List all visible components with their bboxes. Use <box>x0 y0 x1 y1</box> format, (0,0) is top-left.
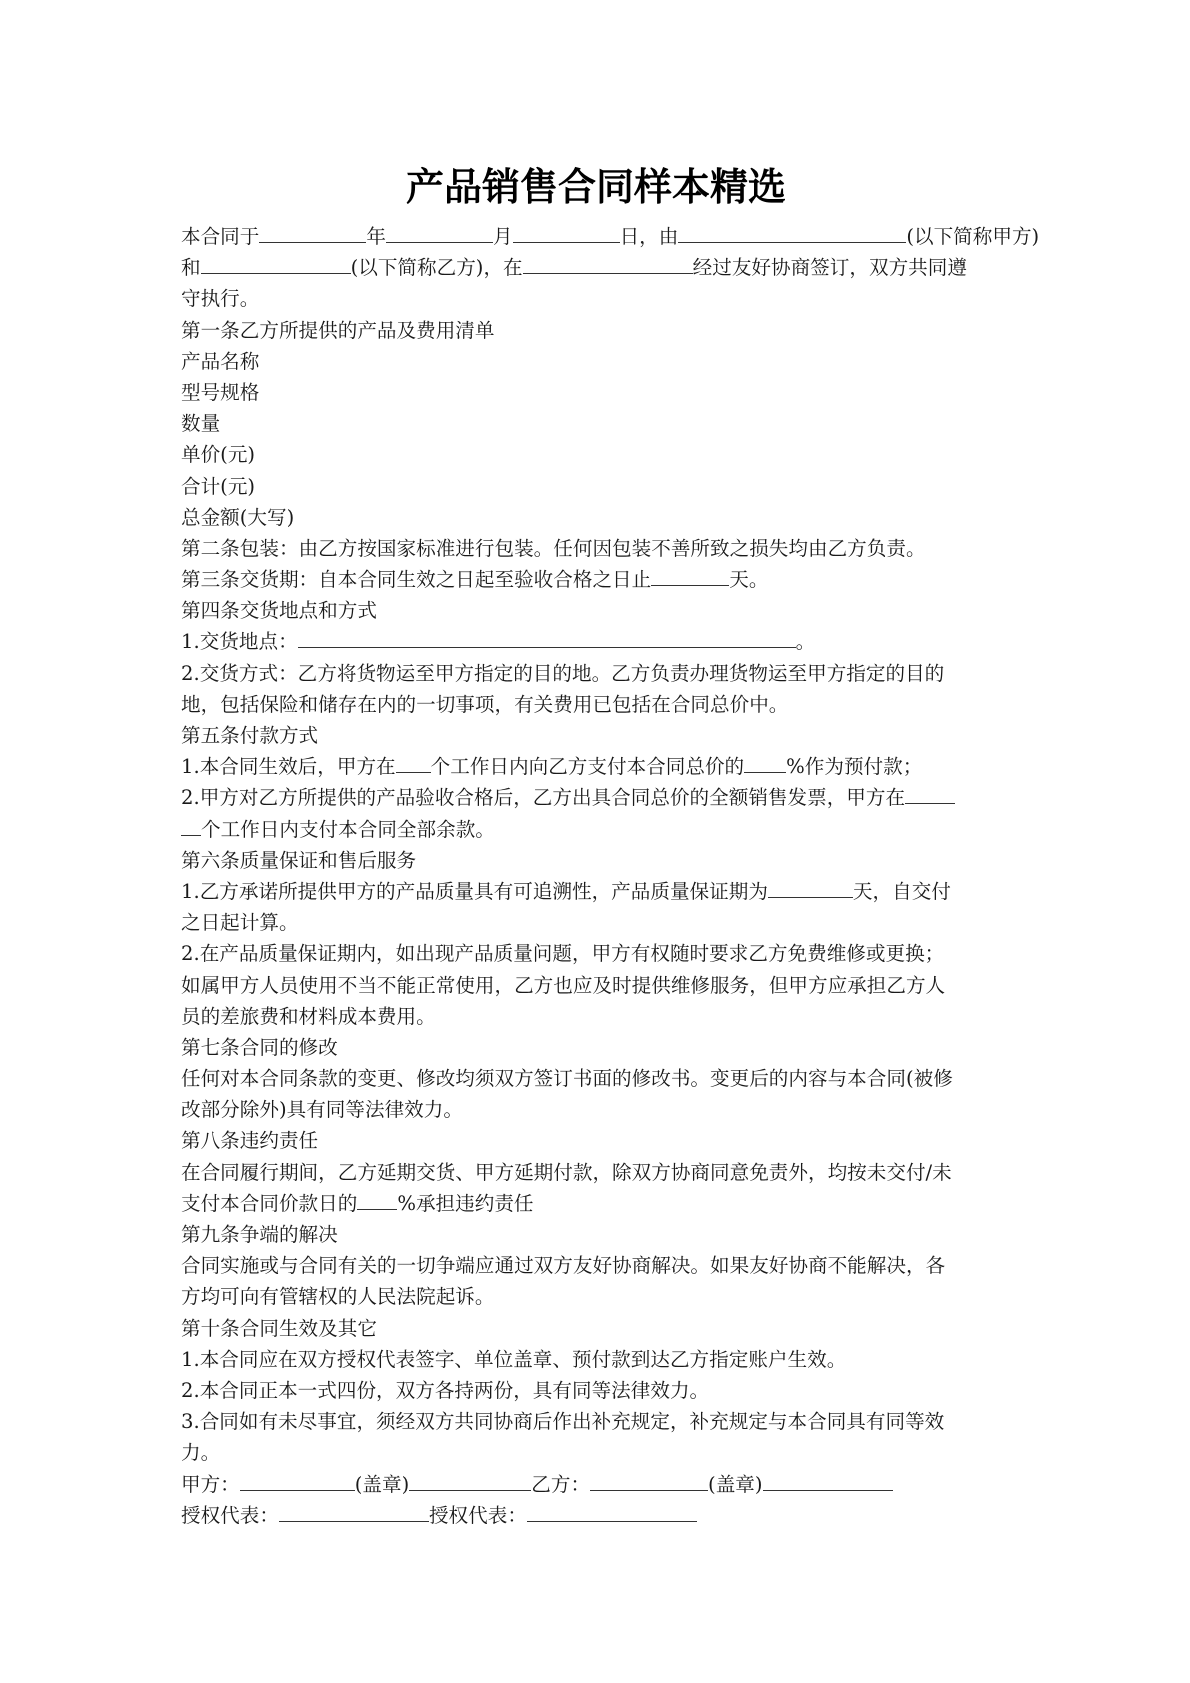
text-segment: 第四条交货地点和方式 <box>181 599 377 622</box>
text-line: 产品名称 <box>181 346 1011 377</box>
text-segment: 授权代表： <box>429 1504 527 1527</box>
text-segment: (盖章) <box>708 1473 762 1496</box>
text-segment: 第六条质量保证和售后服务 <box>181 849 416 872</box>
fill-in-blank <box>590 1472 708 1491</box>
text-line: 2.在产品质量保证期内，如出现产品质量问题，甲方有权随时要求乙方免费维修或更换； <box>181 938 1011 969</box>
fill-in-blank <box>678 224 906 243</box>
text-segment: 第十条合同生效及其它 <box>181 1317 377 1340</box>
text-segment: 1.乙方承诺所提供甲方的产品质量具有可追溯性，产品质量保证期为 <box>181 880 768 903</box>
fill-in-blank <box>523 255 693 274</box>
text-segment: 单价(元) <box>181 443 255 466</box>
text-line: 合同实施或与合同有关的一切争端应通过双方友好协商解决。如果友好协商不能解决，各 <box>181 1250 1011 1281</box>
fill-in-blank <box>201 255 351 274</box>
text-segment: 合同实施或与合同有关的一切争端应通过双方友好协商解决。如果友好协商不能解决，各 <box>181 1254 945 1277</box>
fill-in-blank <box>527 1503 697 1522</box>
text-line: 支付本合同价款日的%承担违约责任 <box>181 1188 1011 1219</box>
text-segment: (以下简称甲方) <box>906 225 1039 248</box>
text-segment: 型号规格 <box>181 381 259 404</box>
text-segment: 之日起计算。 <box>181 911 299 934</box>
text-line: 甲方：(盖章)乙方：(盖章) <box>181 1469 1011 1500</box>
text-line: 在合同履行期间，乙方延期交货、甲方延期付款，除双方协商同意免责外，均按未交付/未 <box>181 1157 1011 1188</box>
text-line: 地，包括保险和储存在内的一切事项，有关费用已包括在合同总价中。 <box>181 689 1011 720</box>
text-segment: 甲方： <box>181 1473 240 1496</box>
text-segment: 乙方： <box>531 1473 590 1496</box>
text-line: 任何对本合同条款的变更、修改均须双方签订书面的修改书。变更后的内容与本合同(被修 <box>181 1063 1011 1094</box>
text-segment: 在合同履行期间，乙方延期交货、甲方延期付款，除双方协商同意免责外，均按未交付/未 <box>181 1161 952 1184</box>
text-segment: 产品名称 <box>181 350 259 373</box>
text-segment: 第二条包装：由乙方按国家标准进行包装。任何因包装不善所致之损失均由乙方负责。 <box>181 537 926 560</box>
text-segment: 地，包括保险和储存在内的一切事项，有关费用已包括在合同总价中。 <box>181 693 788 716</box>
text-segment: (盖章) <box>355 1473 409 1496</box>
text-line: 2.本合同正本一式四份，双方各持两份，具有同等法律效力。 <box>181 1375 1011 1406</box>
text-segment: 力。 <box>181 1441 220 1464</box>
text-segment: 2.交货方式：乙方将货物运至甲方指定的目的地。乙方负责办理货物运至甲方指定的目的 <box>181 662 944 685</box>
fill-in-blank <box>409 1472 531 1491</box>
text-segment: 月 <box>493 225 513 248</box>
text-line: 2.交货方式：乙方将货物运至甲方指定的目的地。乙方负责办理货物运至甲方指定的目的 <box>181 658 1011 689</box>
fill-in-blank <box>768 879 853 898</box>
text-segment: 日，由 <box>620 225 679 248</box>
text-segment: 年 <box>366 225 386 248</box>
fill-in-blank <box>905 785 955 804</box>
text-segment: (以下简称乙方)，在 <box>351 256 523 279</box>
text-line: 本合同于年月日，由(以下简称甲方) <box>181 221 1011 252</box>
text-line: 守执行。 <box>181 283 1011 314</box>
text-line: 1.本合同生效后，甲方在个工作日内向乙方支付本合同总价的%作为预付款； <box>181 751 1011 782</box>
text-line: 第九条争端的解决 <box>181 1219 1011 1250</box>
text-segment: 1.本合同应在双方授权代表签字、单位盖章、预付款到达乙方指定账户生效。 <box>181 1348 846 1371</box>
text-line: 合计(元) <box>181 471 1011 502</box>
text-segment: 第三条交货期：自本合同生效之日起至验收合格之日止 <box>181 568 651 591</box>
fill-in-blank <box>763 1472 893 1491</box>
text-segment: 员的差旅费和材料成本费用。 <box>181 1005 436 1028</box>
text-segment: 任何对本合同条款的变更、修改均须双方签订书面的修改书。变更后的内容与本合同(被修 <box>181 1067 953 1090</box>
fill-in-blank <box>279 1503 429 1522</box>
text-line: 员的差旅费和材料成本费用。 <box>181 1001 1011 1032</box>
text-segment: 方均可向有管辖权的人民法院起诉。 <box>181 1285 495 1308</box>
text-line: 第十条合同生效及其它 <box>181 1313 1011 1344</box>
text-segment: 总金额(大写) <box>181 506 294 529</box>
text-segment: 守执行。 <box>181 287 259 310</box>
text-line: 改部分除外)具有同等法律效力。 <box>181 1094 1011 1125</box>
text-segment: 第一条乙方所提供的产品及费用清单 <box>181 319 495 342</box>
text-segment: 天。 <box>729 568 768 591</box>
text-segment: 2.甲方对乙方所提供的产品验收合格后，乙方出具合同总价的全额销售发票，甲方在 <box>181 786 905 809</box>
text-line: 数量 <box>181 408 1011 439</box>
fill-in-blank <box>357 1191 397 1210</box>
text-line: 总金额(大写) <box>181 502 1011 533</box>
text-segment: 第九条争端的解决 <box>181 1223 338 1246</box>
text-segment: 如属甲方人员使用不当不能正常使用，乙方也应及时提供维修服务，但甲方应承担乙方人 <box>181 974 945 997</box>
text-segment: 个工作日内支付本合同全部余款。 <box>201 818 495 841</box>
text-segment: 支付本合同价款日的 <box>181 1192 357 1215</box>
text-line: 力。 <box>181 1437 1011 1468</box>
text-segment: 经过友好协商签订，双方共同遵 <box>693 256 967 279</box>
document-body: 本合同于年月日，由(以下简称甲方)和(以下简称乙方)，在经过友好协商签订，双方共… <box>181 221 1011 1531</box>
fill-in-blank <box>259 224 366 243</box>
text-segment: 1.交货地点： <box>181 630 298 653</box>
text-line: 单价(元) <box>181 439 1011 470</box>
text-line: 第三条交货期：自本合同生效之日起至验收合格之日止天。 <box>181 564 1011 595</box>
text-line: 第七条合同的修改 <box>181 1032 1011 1063</box>
text-segment: 天，自交付 <box>853 880 951 903</box>
text-line: 第五条付款方式 <box>181 720 1011 751</box>
text-segment: 和 <box>181 256 201 279</box>
text-line: 第四条交货地点和方式 <box>181 595 1011 626</box>
text-line: 第一条乙方所提供的产品及费用清单 <box>181 315 1011 346</box>
text-line: 和(以下简称乙方)，在经过友好协商签订，双方共同遵 <box>181 252 1011 283</box>
text-line: 之日起计算。 <box>181 907 1011 938</box>
fill-in-blank <box>298 629 796 648</box>
text-line: 第八条违约责任 <box>181 1125 1011 1156</box>
text-segment: 2.本合同正本一式四份，双方各持两份，具有同等法律效力。 <box>181 1379 709 1402</box>
text-line: 授权代表：授权代表： <box>181 1500 1011 1531</box>
fill-in-blank <box>240 1472 355 1491</box>
document-title: 产品销售合同样本精选 <box>181 162 1011 212</box>
text-segment: 授权代表： <box>181 1504 279 1527</box>
text-segment: 数量 <box>181 412 220 435</box>
text-line: 2.甲方对乙方所提供的产品验收合格后，乙方出具合同总价的全额销售发票，甲方在 <box>181 782 1011 813</box>
text-line: 1.乙方承诺所提供甲方的产品质量具有可追溯性，产品质量保证期为天，自交付 <box>181 876 1011 907</box>
fill-in-blank <box>513 224 620 243</box>
text-segment: %作为预付款； <box>786 755 922 778</box>
text-segment: 本合同于 <box>181 225 259 248</box>
text-segment: 1.本合同生效后，甲方在 <box>181 755 396 778</box>
fill-in-blank <box>744 754 786 773</box>
text-segment: 合计(元) <box>181 475 255 498</box>
fill-in-blank <box>181 817 201 836</box>
text-line: 1.本合同应在双方授权代表签字、单位盖章、预付款到达乙方指定账户生效。 <box>181 1344 1011 1375</box>
text-line: 方均可向有管辖权的人民法院起诉。 <box>181 1281 1011 1312</box>
text-segment: 第五条付款方式 <box>181 724 318 747</box>
fill-in-blank <box>396 754 431 773</box>
text-segment: 2.在产品质量保证期内，如出现产品质量问题，甲方有权随时要求乙方免费维修或更换； <box>181 942 944 965</box>
text-line: 1.交货地点：。 <box>181 626 1011 657</box>
text-line: 型号规格 <box>181 377 1011 408</box>
fill-in-blank <box>651 567 729 586</box>
text-line: 第二条包装：由乙方按国家标准进行包装。任何因包装不善所致之损失均由乙方负责。 <box>181 533 1011 564</box>
text-segment: 3.合同如有未尽事宜，须经双方共同协商后作出补充规定，补充规定与本合同具有同等效 <box>181 1410 944 1433</box>
text-segment: 第七条合同的修改 <box>181 1036 338 1059</box>
text-line: 3.合同如有未尽事宜，须经双方共同协商后作出补充规定，补充规定与本合同具有同等效 <box>181 1406 1011 1437</box>
text-segment: %承担违约责任 <box>397 1192 533 1215</box>
text-line: 第六条质量保证和售后服务 <box>181 845 1011 876</box>
text-line: 个工作日内支付本合同全部余款。 <box>181 814 1011 845</box>
text-line: 如属甲方人员使用不当不能正常使用，乙方也应及时提供维修服务，但甲方应承担乙方人 <box>181 970 1011 1001</box>
text-segment: 。 <box>796 630 816 653</box>
text-segment: 第八条违约责任 <box>181 1129 318 1152</box>
text-segment: 个工作日内向乙方支付本合同总价的 <box>431 755 745 778</box>
text-segment: 改部分除外)具有同等法律效力。 <box>181 1098 463 1121</box>
fill-in-blank <box>386 224 493 243</box>
